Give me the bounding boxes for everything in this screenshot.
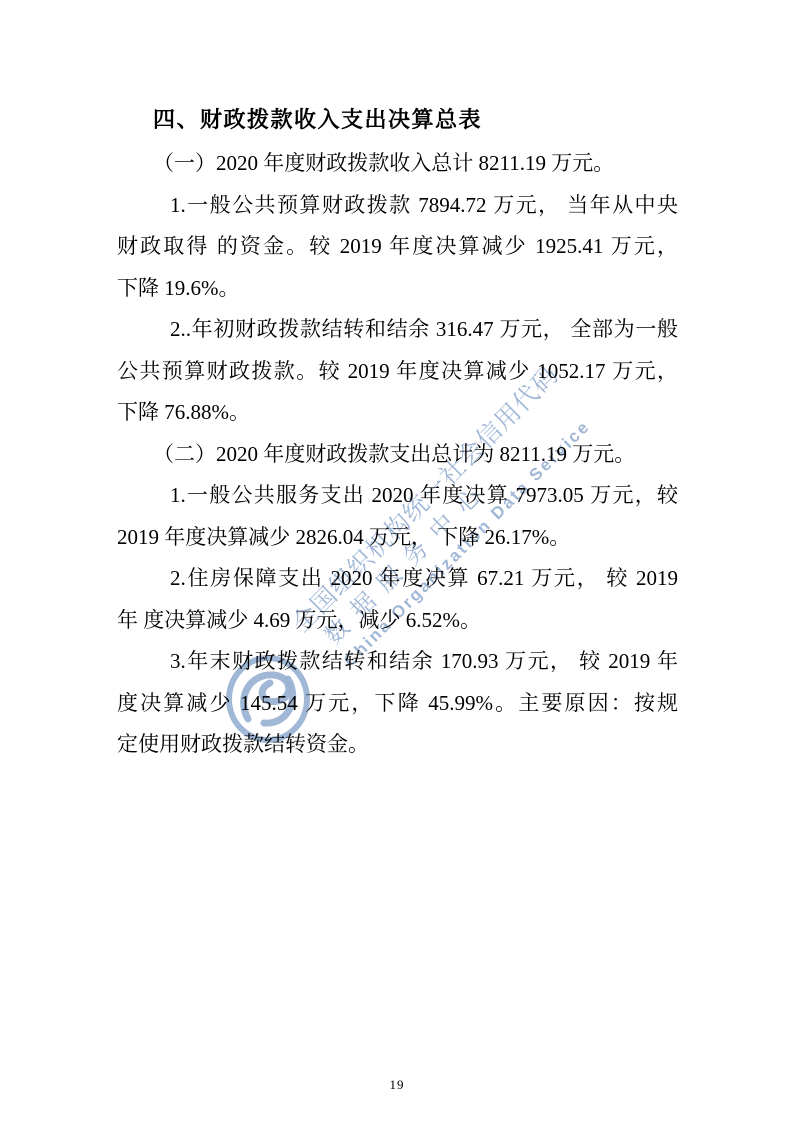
document-page: 全国组织机构统一社会信用代码 数据服务中心 China Organization… <box>0 0 794 1123</box>
paragraph-line: 下降 76.88%。 <box>117 392 678 434</box>
paragraph-line: 下降 19.6%。 <box>117 268 678 310</box>
paragraph-line: 财政取得 的资金。较 2019 年度决算减少 1925.41 万元， <box>117 226 678 268</box>
paragraph-line: 2.住房保障支出 2020 年度决算 67.21 万元， 较 2019 <box>117 558 678 600</box>
document-body: 四、财政拨款收入支出决算总表 （一）2020 年度财政拨款收入总计 8211.1… <box>117 97 678 766</box>
paragraph-line: 2..年初财政拨款结转和结余 316.47 万元， 全部为一般 <box>117 309 678 351</box>
page-number: 19 <box>0 1077 794 1093</box>
paragraph-line: （一）2020 年度财政拨款收入总计 8211.19 万元。 <box>117 143 678 185</box>
paragraph-line: 1.一般公共服务支出 2020 年度决算 7973.05 万元，较 <box>117 475 678 517</box>
paragraph-line: （二）2020 年度财政拨款支出总计为 8211.19 万元。 <box>117 434 678 476</box>
paragraph-line: 3.年末财政拨款结转和结余 170.93 万元， 较 2019 年 <box>117 641 678 683</box>
section-title: 四、财政拨款收入支出决算总表 <box>117 97 678 143</box>
paragraph-line: 定使用财政拨款结转资金。 <box>117 724 678 766</box>
paragraph-line: 2019 年度决算减少 2826.04 万元， 下降 26.17%。 <box>117 517 678 559</box>
paragraph-line: 公共预算财政拨款。较 2019 年度决算减少 1052.17 万元， <box>117 351 678 393</box>
paragraph-line: 年 度决算减少 4.69 万元，减少 6.52%。 <box>117 600 678 642</box>
paragraph-line: 度决算减少 145.54 万元，下降 45.99%。主要原因：按规 <box>117 683 678 725</box>
paragraph-line: 1.一般公共预算财政拨款 7894.72 万元， 当年从中央 <box>117 185 678 227</box>
